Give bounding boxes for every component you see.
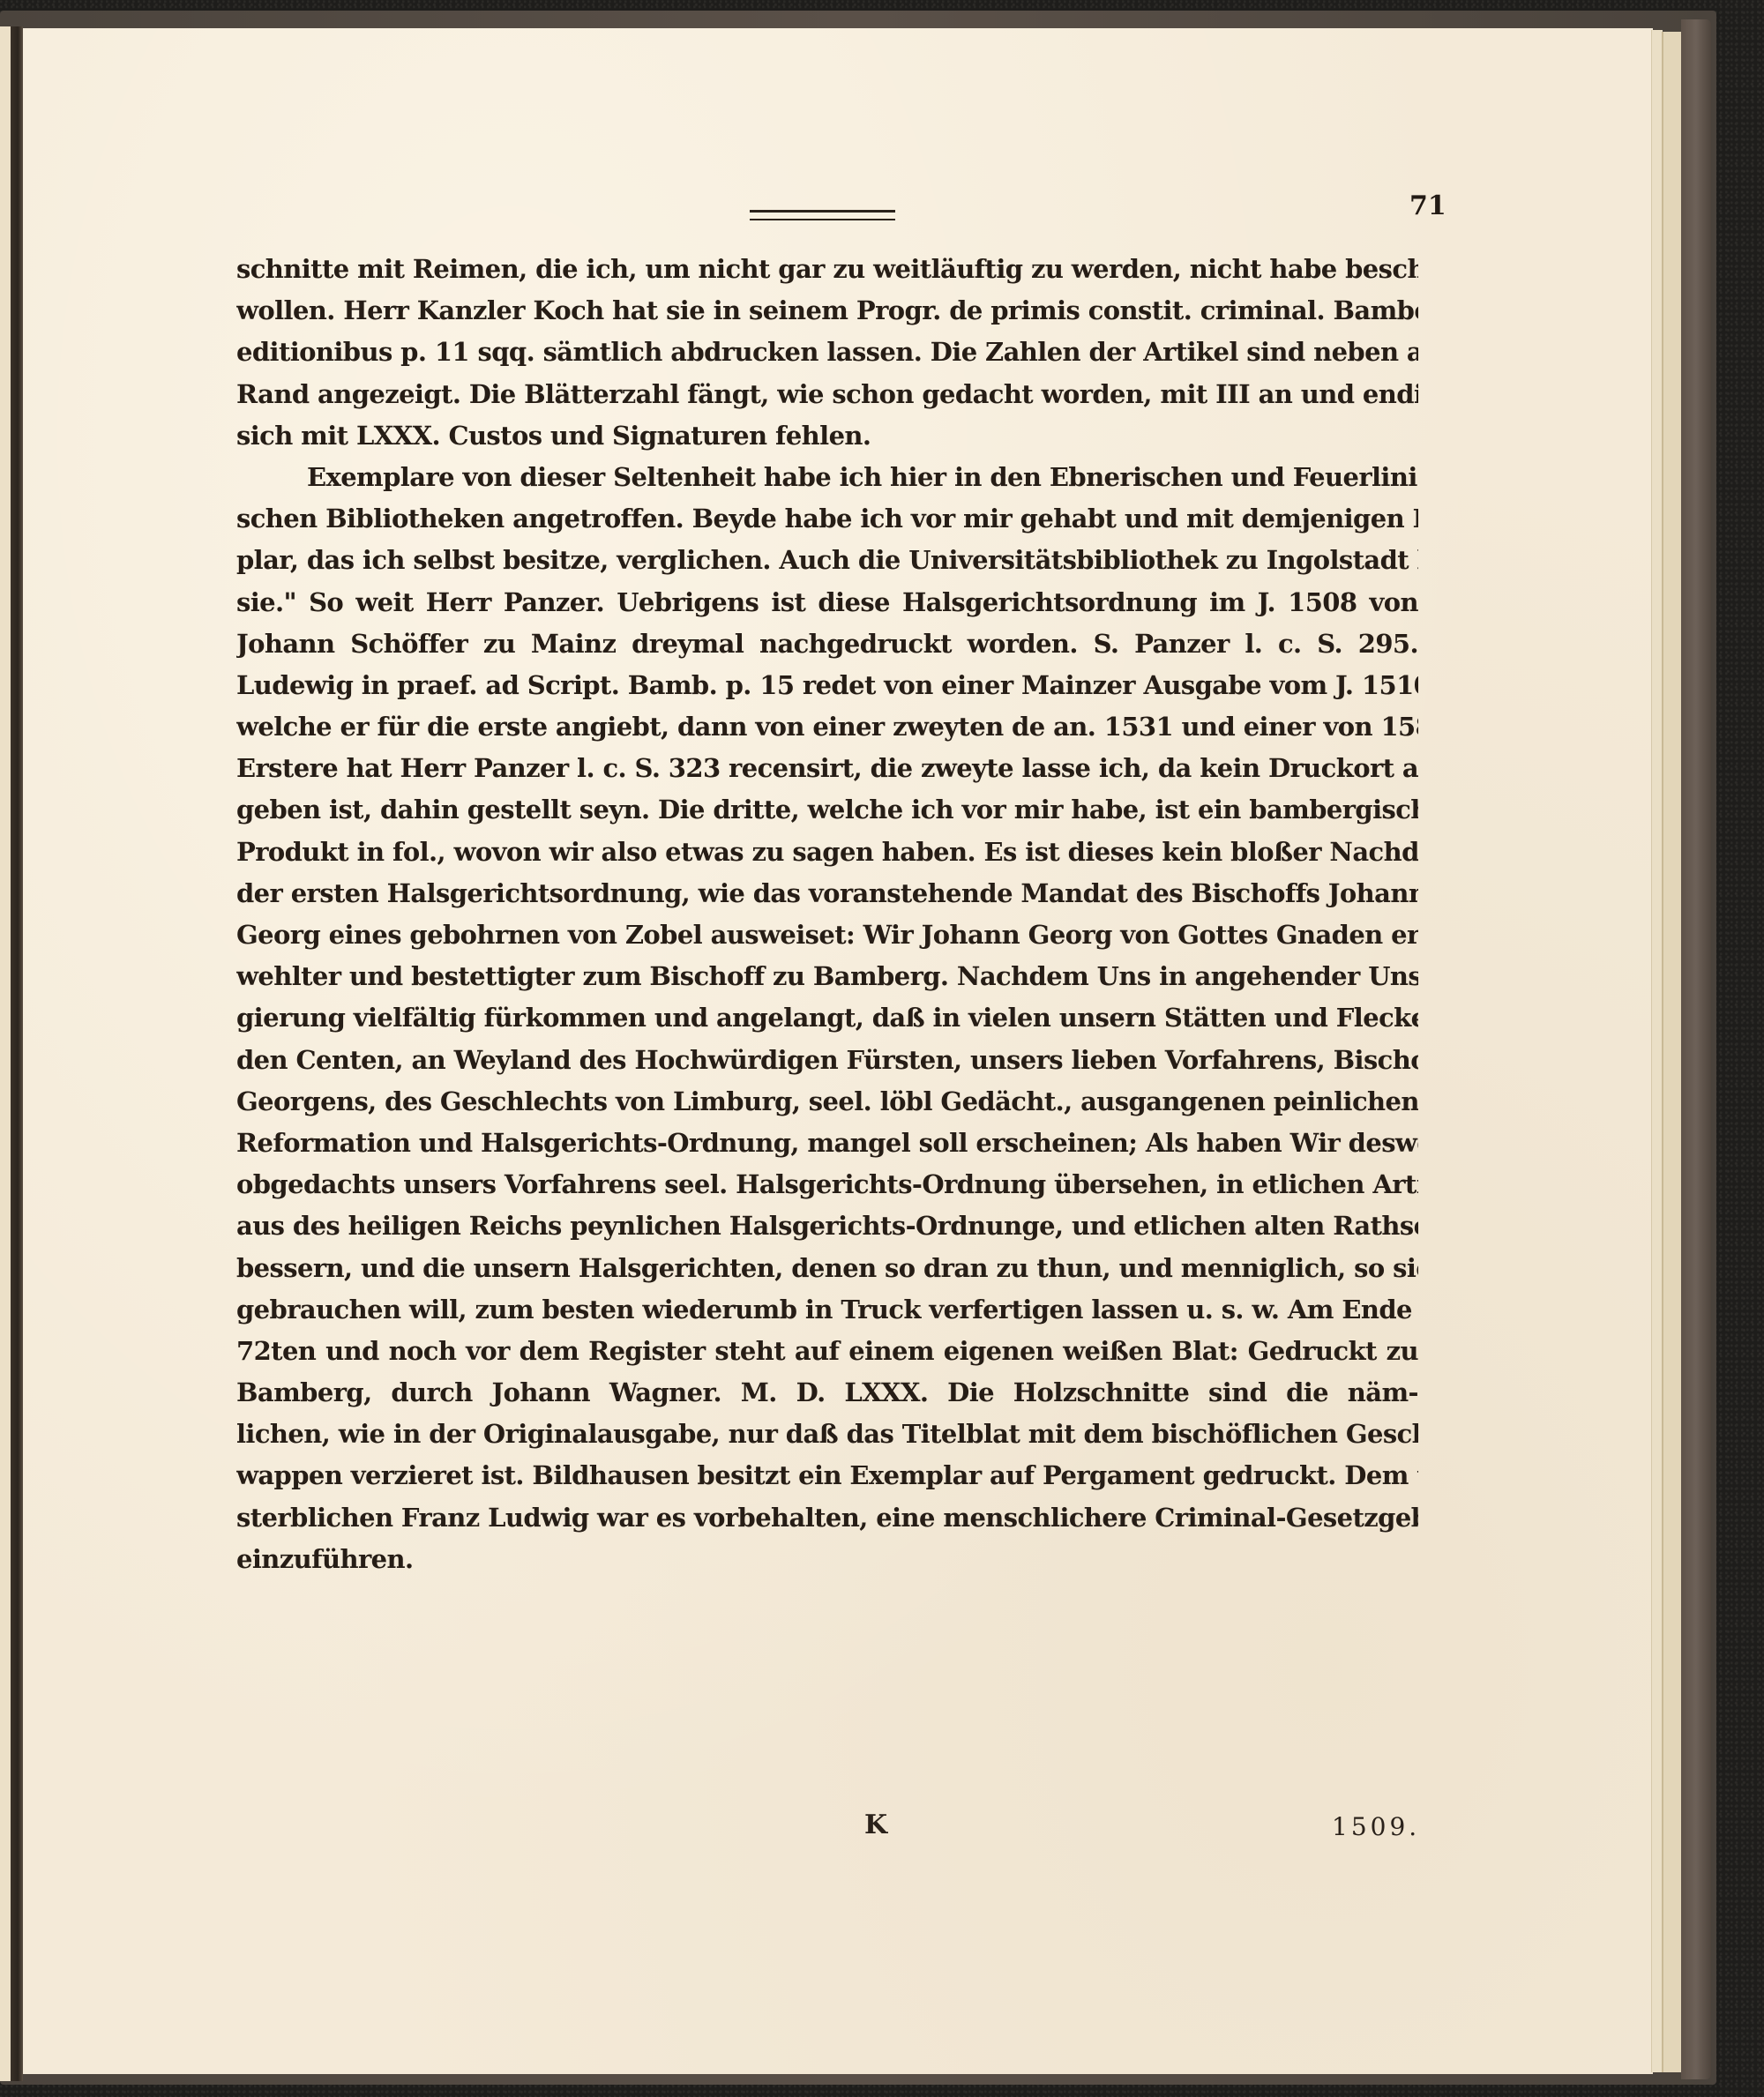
header-rule: [750, 210, 895, 220]
text-line: obgedachts unsers Vorfahrens seel. Halsg…: [236, 1164, 1418, 1205]
text-line: Georgens, des Geschlechts von Limburg, s…: [236, 1081, 1418, 1123]
text-line: der ersten Halsgerichtsordnung, wie das …: [236, 873, 1418, 914]
text-line: sterblichen Franz Ludwig war es vorbehal…: [236, 1497, 1418, 1539]
text-line: plar, das ich selbst besitze, verglichen…: [236, 540, 1418, 581]
text-line: Johann Schöffer zu Mainz dreymal nachged…: [236, 623, 1418, 665]
page-number: 71: [1409, 190, 1446, 221]
binding-board-edge: [1681, 19, 1711, 2079]
book-gutter: [11, 26, 23, 2081]
text-line: Produkt in fol., wovon wir also etwas zu…: [236, 832, 1418, 873]
text-line: schen Bibliotheken angetroffen. Beyde ha…: [236, 498, 1418, 540]
text-line: welche er für die erste angiebt, dann vo…: [236, 706, 1418, 748]
text-line: Bamberg, durch Johann Wagner. M. D. LXXX…: [236, 1372, 1418, 1414]
printer-signature-mark: K: [864, 1810, 887, 1840]
catchword: 1509.: [1332, 1812, 1420, 1841]
text-line: den Centen, an Weyland des Hochwürdigen …: [236, 1040, 1418, 1081]
text-line: wollen. Herr Kanzler Koch hat sie in sei…: [236, 290, 1418, 332]
body-text: schnitte mit Reimen, die ich, um nicht g…: [236, 249, 1418, 1580]
text-line: einzuführen.: [236, 1539, 1418, 1580]
text-line: schnitte mit Reimen, die ich, um nicht g…: [236, 249, 1418, 290]
text-line: lichen, wie in der Originalausgabe, nur …: [236, 1414, 1418, 1455]
page-fore-edge-outer: [1662, 32, 1683, 2072]
text-line: gebrauchen will, zum besten wiederumb in…: [236, 1289, 1418, 1331]
text-line: geben ist, dahin gestellt seyn. Die drit…: [236, 789, 1418, 831]
text-line: 72ten und noch vor dem Register steht au…: [236, 1331, 1418, 1372]
text-line: sie." So weit Herr Panzer. Uebrigens ist…: [236, 582, 1418, 623]
text-line: wehlter und bestettigter zum Bischoff zu…: [236, 956, 1418, 997]
text-line: wappen verzieret ist. Bildhausen besitzt…: [236, 1455, 1418, 1496]
text-line: Ludewig in praef. ad Script. Bamb. p. 15…: [236, 665, 1418, 706]
paragraph-start-line: Exemplare von dieser Seltenheit habe ich…: [236, 457, 1418, 498]
text-line: aus des heiligen Reichs peynlichen Halsg…: [236, 1205, 1418, 1247]
text-line: Reformation und Halsgerichts-Ordnung, ma…: [236, 1123, 1418, 1164]
text-line: bessern, und die unsern Halsgerichten, d…: [236, 1248, 1418, 1289]
text-line: sich mit LXXX. Custos und Signaturen feh…: [236, 415, 1418, 457]
text-line: Rand angezeigt. Die Blätterzahl fängt, w…: [236, 374, 1418, 415]
text-line: gierung vielfältig fürkommen und angelan…: [236, 997, 1418, 1039]
text-line: Erstere hat Herr Panzer l. c. S. 323 rec…: [236, 748, 1418, 789]
text-line: editionibus p. 11 sqq. sämtlich abdrucke…: [236, 332, 1418, 373]
text-line: Georg eines gebohrnen von Zobel ausweise…: [236, 914, 1418, 956]
